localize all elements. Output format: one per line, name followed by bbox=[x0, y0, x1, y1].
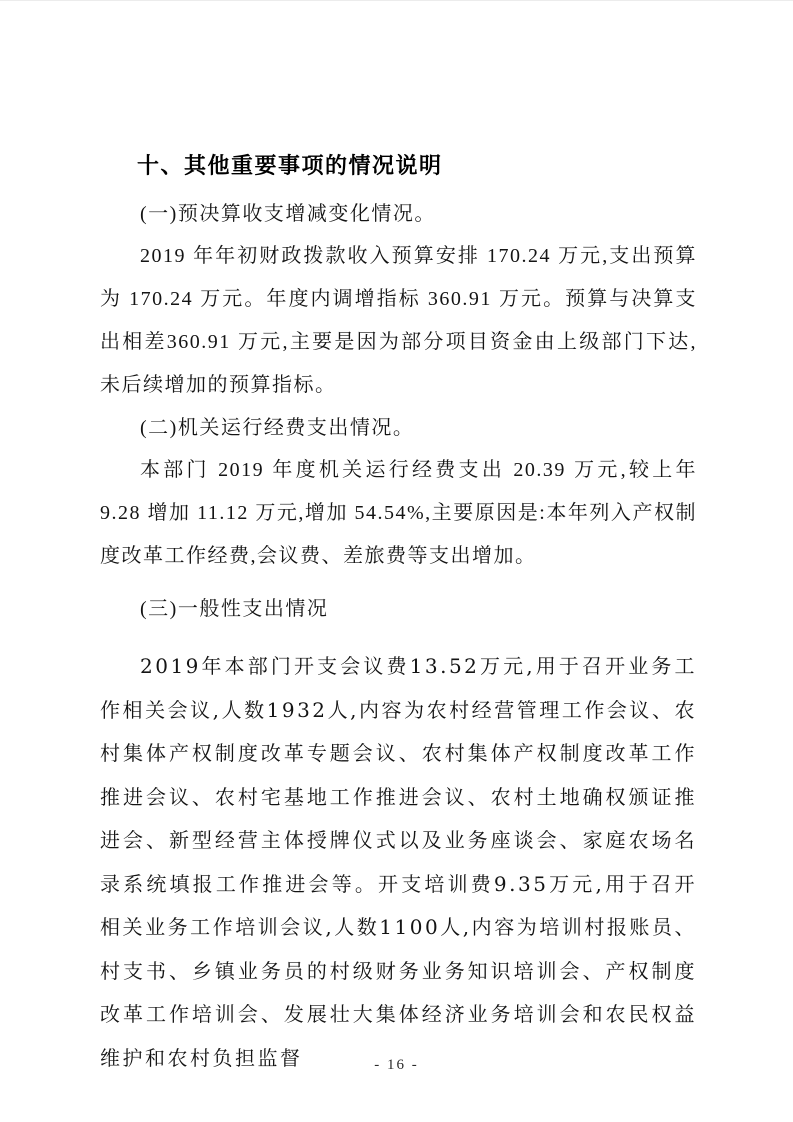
section-3-title: (三)一般性支出情况 bbox=[100, 588, 697, 630]
section-1: (一)预决算收支增减变化情况。 2019 年年初财政拨款收入预算安排 170.2… bbox=[100, 193, 697, 407]
section-2-title: (二)机关运行经费支出情况。 bbox=[100, 407, 697, 449]
section-2: (二)机关运行经费支出情况。 本部门 2019 年度机关运行经费支出 20.39… bbox=[100, 407, 697, 578]
section-2-paragraph: 本部门 2019 年度机关运行经费支出 20.39 万元,较上年 9.28 增加… bbox=[100, 449, 697, 578]
section-1-title: (一)预决算收支增减变化情况。 bbox=[100, 193, 697, 235]
doc-heading: 十、其他重要事项的情况说明 bbox=[100, 150, 697, 181]
section-3-paragraph: 2019年本部门开支会议费13.52万元,用于召开业务工作相关会议,人数1932… bbox=[100, 645, 697, 1080]
section-1-paragraph: 2019 年年初财政拨款收入预算安排 170.24 万元,支出预算为 170.2… bbox=[100, 235, 697, 407]
page-number: - 16 - bbox=[0, 1057, 793, 1074]
document-content: 十、其他重要事项的情况说明 (一)预决算收支增减变化情况。 2019 年年初财政… bbox=[100, 150, 697, 1080]
section-3: (三)一般性支出情况 2019年本部门开支会议费13.52万元,用于召开业务工作… bbox=[100, 588, 697, 1080]
document-page: 十、其他重要事项的情况说明 (一)预决算收支增减变化情况。 2019 年年初财政… bbox=[0, 0, 793, 1122]
